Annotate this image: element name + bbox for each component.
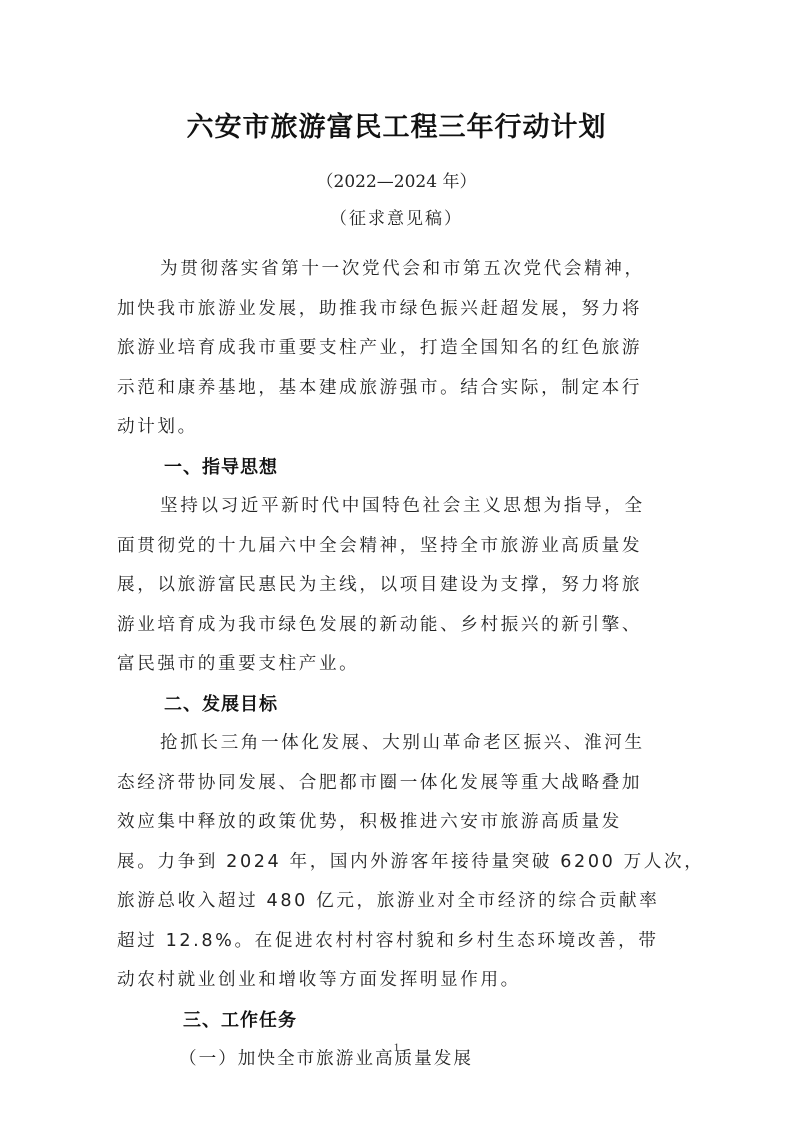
- paragraph-line: 示范和康养基地，基本建成旅游强市。结合实际，制定本行: [117, 369, 677, 409]
- paragraph-line: 动农村就业创业和增收等方面发挥明显作用。: [117, 961, 677, 1001]
- page-number: 1: [0, 1040, 793, 1055]
- paragraph-line: 超过 12.8%。在促进农村村容村貌和乡村生态环境改善，带: [117, 922, 677, 962]
- paragraph-line: 效应集中释放的政策优势，积极推进六安市旅游高质量发: [117, 803, 677, 843]
- document-body: 为贯彻落实省第十一次党代会和市第五次党代会精神， 加快我市旅游业发展，助推我市绿…: [117, 250, 677, 1080]
- paragraph-line: 展，以旅游富民惠民为主线，以项目建设为支撑，努力将旅: [117, 566, 677, 606]
- paragraph-line: 富民强市的重要支柱产业。: [117, 645, 677, 685]
- paragraph-line: 旅游业培育成我市重要支柱产业，打造全国知名的红色旅游: [117, 329, 677, 369]
- section-heading: 二、发展目标: [117, 685, 677, 725]
- document-title: 六安市旅游富民工程三年行动计划: [0, 108, 793, 148]
- intro-paragraph: 为贯彻落实省第十一次党代会和市第五次党代会精神， 加快我市旅游业发展，助推我市绿…: [117, 250, 677, 448]
- section-development-goals: 二、发展目标 抢抓长三角一体化发展、大别山革命老区振兴、淮河生 态经济带协同发展…: [117, 685, 677, 1001]
- paragraph-line: 动计划。: [117, 408, 677, 448]
- paragraph-line: 面贯彻党的十九届六中全会精神，坚持全市旅游业高质量发: [117, 527, 677, 567]
- document-subtitle-years: （2022—2024 年）: [0, 167, 793, 197]
- paragraph-line: 为贯彻落实省第十一次党代会和市第五次党代会精神，: [117, 250, 677, 290]
- paragraph-line: 态经济带协同发展、合肥都市圈一体化发展等重大战略叠加: [117, 764, 677, 804]
- paragraph-line: 展。力争到 2024 年，国内外游客年接待量突破 6200 万人次，: [117, 843, 677, 883]
- paragraph-line: 游业培育成为我市绿色发展的新动能、乡村振兴的新引擎、: [117, 606, 677, 646]
- paragraph-line: 加快我市旅游业发展，助推我市绿色振兴赶超发展，努力将: [117, 290, 677, 330]
- document-subtitle-draft: （征求意见稿）: [0, 204, 793, 234]
- document-page: 六安市旅游富民工程三年行动计划 （2022—2024 年） （征求意见稿） 为贯…: [0, 0, 793, 1122]
- section-heading: 三、工作任务: [117, 1001, 677, 1041]
- paragraph-line: 坚持以习近平新时代中国特色社会主义思想为指导，全: [117, 487, 677, 527]
- paragraph-line: 抢抓长三角一体化发展、大别山革命老区振兴、淮河生: [117, 724, 677, 764]
- section-heading: 一、指导思想: [117, 448, 677, 488]
- section-guiding-ideology: 一、指导思想 坚持以习近平新时代中国特色社会主义思想为指导，全 面贯彻党的十九届…: [117, 448, 677, 685]
- paragraph-line: 旅游总收入超过 480 亿元，旅游业对全市经济的综合贡献率: [117, 882, 677, 922]
